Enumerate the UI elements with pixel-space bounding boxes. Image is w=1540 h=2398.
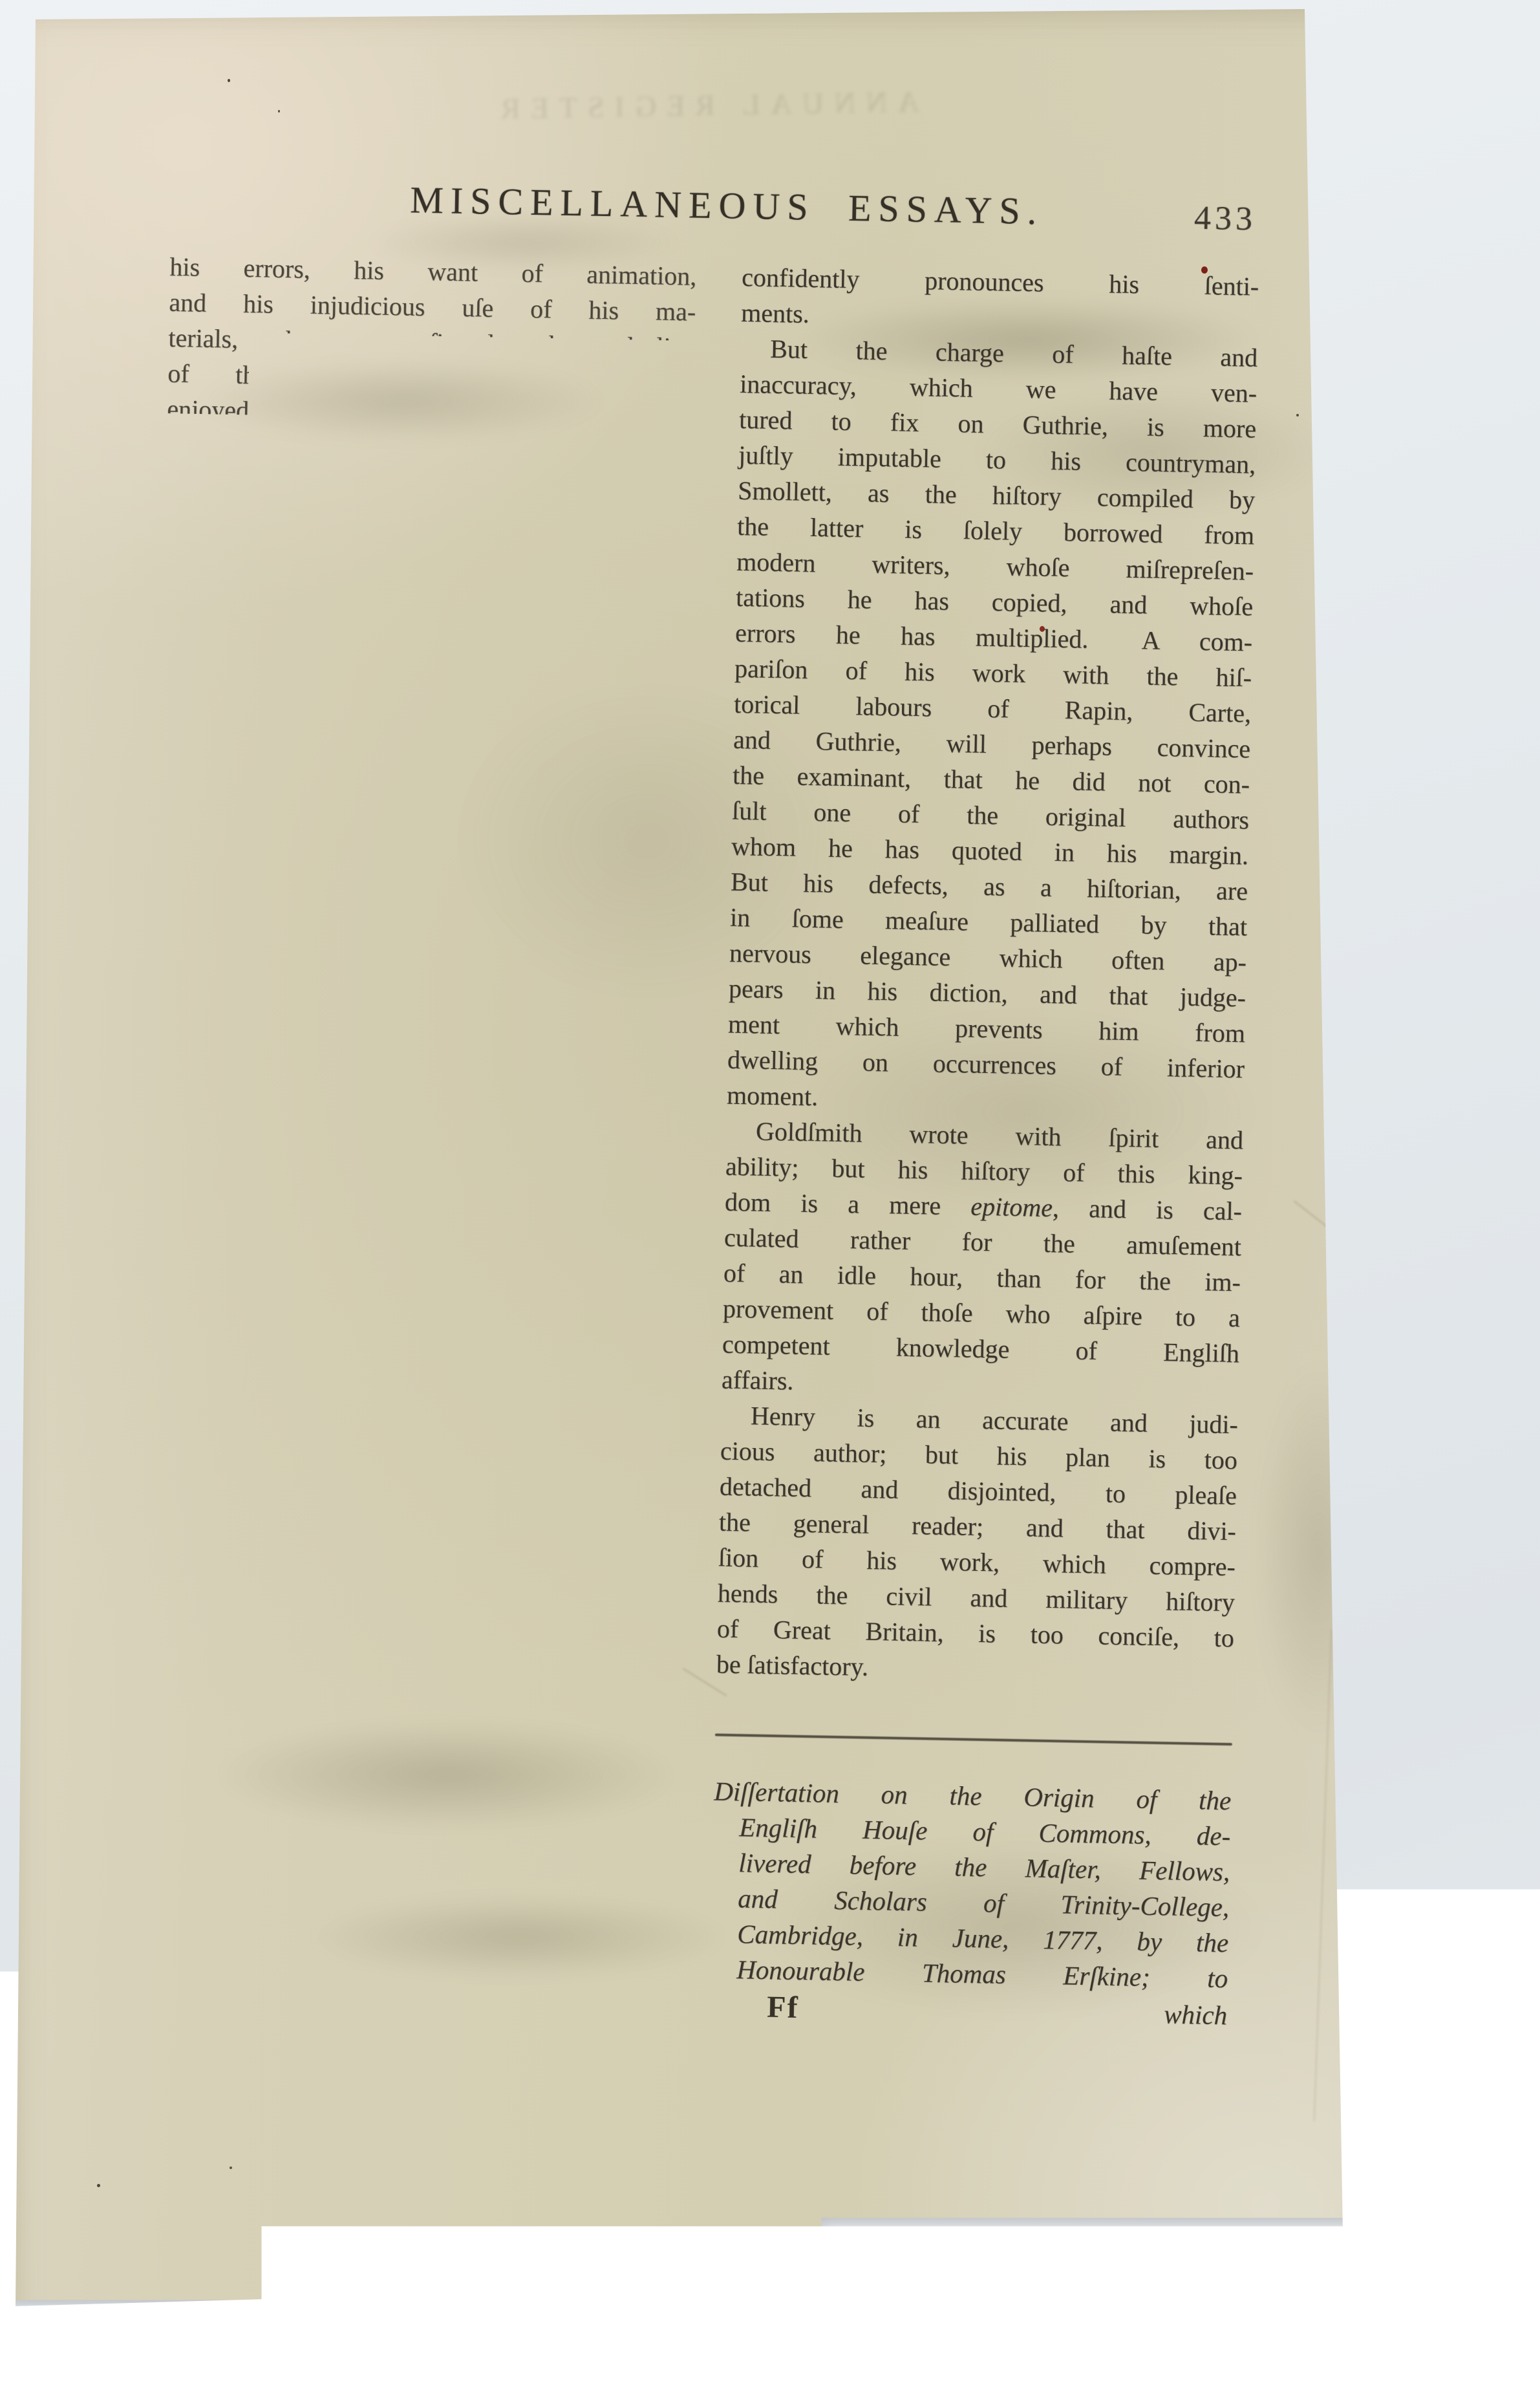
show-through-header-text: ANNUAL REGISTER bbox=[349, 81, 1061, 128]
page-title: MISCELLANEOUS ESSAYS. bbox=[177, 174, 1277, 237]
left-column-paragraphs: his errors, his want of animation,and hi… bbox=[139, 249, 697, 1965]
paper-speck bbox=[97, 2184, 100, 2187]
left-column: his errors, his want of animation,and hi… bbox=[138, 249, 696, 2008]
photo-backdrop: ANNUAL REGISTER MISCELLANEOUS ESSAYS. 43… bbox=[0, 0, 1540, 2398]
right-column: confidently pronounces his ſenti-ments.B… bbox=[710, 259, 1259, 2033]
paper-stain bbox=[1254, 1358, 1384, 1746]
signature-mark: Ff bbox=[767, 1989, 799, 2025]
catchword: which bbox=[1164, 1996, 1228, 2033]
paper-speck bbox=[278, 110, 280, 113]
section-divider-rule bbox=[715, 1734, 1232, 1746]
right-column-paragraphs: confidently pronounces his ſenti-ments.B… bbox=[716, 259, 1259, 1691]
paper-speck bbox=[228, 79, 230, 82]
book-page: ANNUAL REGISTER MISCELLANEOUS ESSAYS. 43… bbox=[0, 0, 1540, 2398]
page-number: 433 bbox=[1194, 199, 1257, 239]
paper-speck bbox=[1296, 414, 1299, 416]
page-text-block: MISCELLANEOUS ESSAYS. 433 his errors, hi… bbox=[160, 171, 1261, 268]
paper-crease bbox=[1294, 1200, 1351, 1245]
volume-signature-line: Vol. XL. bbox=[178, 1965, 665, 2008]
paper-speck bbox=[585, 2232, 588, 2235]
dissertation-heading: Diſſertation on the Origin of theEngliſh… bbox=[711, 1774, 1232, 1997]
paper-speck bbox=[230, 2166, 232, 2169]
